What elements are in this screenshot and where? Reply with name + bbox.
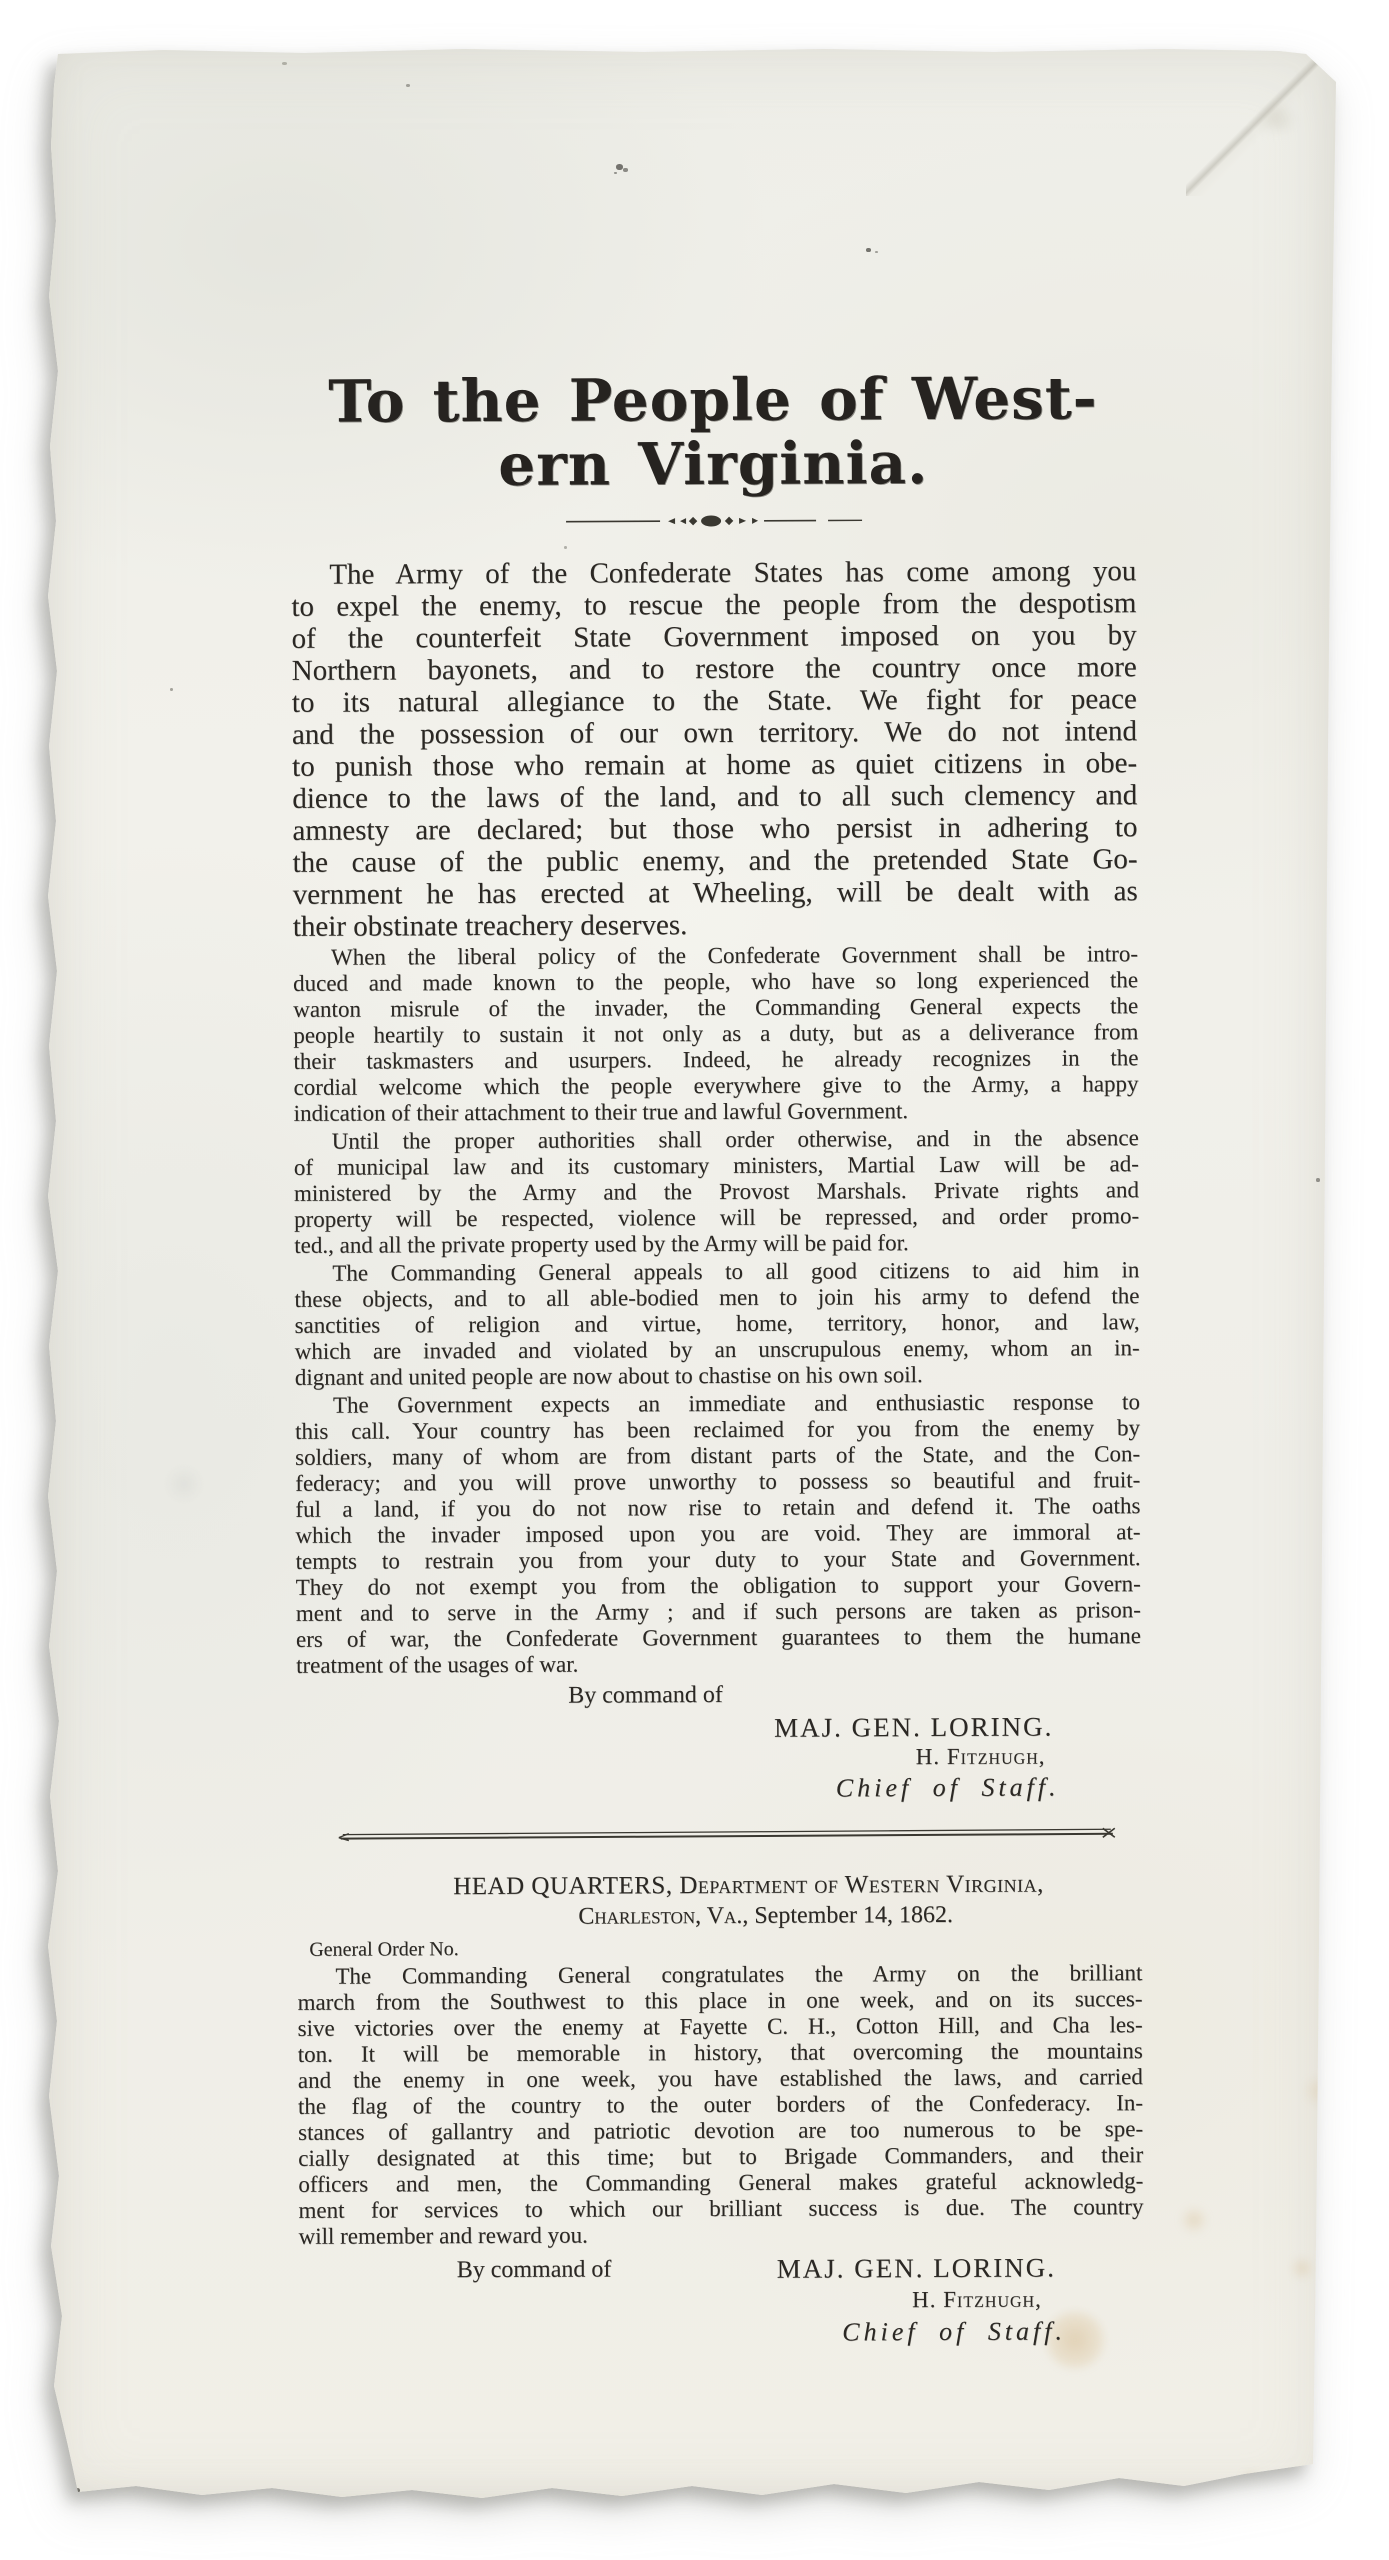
smudge-mark (1254, 106, 1300, 132)
signature-general-name: MAJ. GEN. LORING. (296, 1711, 1141, 1745)
broadside-paper: To the People of West- ern Virginia. (44, 46, 1336, 2516)
signature-general-name: MAJ. GEN. LORING. (777, 2253, 1056, 2284)
text-line: to its natural allegiance to the State. … (292, 683, 1137, 719)
by-command-line: By command of (296, 1679, 1141, 1711)
text-line: They do not exempt you from the obligati… (296, 1571, 1141, 1601)
text-line: the cause of the public enemy, and the p… (292, 843, 1137, 879)
text-line: ful a land, if you do not now rise to re… (295, 1493, 1140, 1523)
smudge-mark (164, 1466, 204, 1502)
text-line: officers and men, the Commanding General… (298, 2168, 1143, 2198)
text-line: to punish those who remain at home as qu… (292, 747, 1137, 783)
dateline-place: Charleston, Va. (578, 1903, 742, 1930)
section-divider-rule (337, 1826, 1117, 1848)
text-line: to expel the enemy, to rescue the people… (291, 587, 1136, 623)
document-title: To the People of West- ern Virginia. (290, 366, 1136, 498)
text-line: duced and made known to the people, who … (293, 967, 1138, 997)
order-by-command-line: By command of MAJ. GEN. LORING. (299, 2252, 1144, 2286)
proclamation-paragraph-3: Until the proper authorities shall order… (294, 1125, 1140, 1259)
paper-speck (1316, 1178, 1320, 1182)
proclamation-paragraph-1: The Army of the Confederate States has c… (291, 555, 1138, 943)
text-line: and the possession of our own territory.… (292, 715, 1137, 751)
paper-speck (282, 62, 287, 65)
signature-aide-title: Chief of Staff. (299, 2316, 1144, 2350)
order-paragraph: The Commanding General congratulates the… (297, 1960, 1143, 2250)
foxing-stain (1179, 2206, 1209, 2234)
text-line: federacy; and you will prove unworthy to… (295, 1467, 1140, 1497)
text-line: property will be respected, violence wil… (294, 1203, 1139, 1233)
text-line: When the liberal policy of the Confedera… (293, 941, 1138, 971)
signature-aide-title: Chief of Staff. (297, 1772, 1142, 1806)
paper-sheet: To the People of West- ern Virginia. (44, 46, 1336, 2516)
text-line: vernment he has erected at Wheeling, wil… (293, 875, 1138, 911)
text-line: the flag of the country to the outer bor… (298, 2090, 1143, 2120)
text-line: The Commanding General appeals to all go… (294, 1257, 1139, 1287)
foxing-stain (1302, 2076, 1336, 2106)
dateline-date: , September 14, 1862. (742, 1902, 953, 1929)
text-line: The Army of the Confederate States has c… (291, 555, 1136, 591)
text-line: dience to the laws of the land, and to a… (292, 779, 1137, 815)
text-line: treatment of the usages of war. (296, 1649, 1141, 1679)
headquarters-lead: HEAD QUARTERS, (453, 1872, 679, 1900)
text-line: cially designated at this time; but to B… (298, 2142, 1143, 2172)
headquarters-line: HEAD QUARTERS, Department of Western Vir… (297, 1869, 1142, 1902)
text-line: ted., and all the private property used … (294, 1229, 1139, 1259)
paper-speck (170, 688, 173, 691)
text-line: The Government expects an immediate and … (295, 1389, 1140, 1419)
foxing-stain (1240, 2471, 1262, 2489)
ornament-divider (564, 511, 864, 533)
title-line-1: To the People of West- (290, 366, 1135, 434)
signature-aide-name: H. Fitzhugh, (299, 2286, 1144, 2316)
signature-aide-name: H. Fitzhugh, (296, 1743, 1141, 1773)
text-line: soldiers, many of whom are from distant … (295, 1441, 1140, 1471)
text-line: people heartily to sustain it not only a… (293, 1019, 1138, 1049)
by-command-text: By command of (457, 2254, 612, 2285)
proclamation-paragraph-2: When the liberal policy of the Confedera… (293, 941, 1139, 1127)
dateline: Charleston, Va., September 14, 1862. (297, 1900, 1142, 1932)
text-line: dignant and united people are now about … (295, 1361, 1140, 1391)
headquarters-department: Department of Western Virginia, (679, 1871, 1044, 1900)
text-line: cordial welcome which the people everywh… (293, 1071, 1138, 1101)
text-line: of municipal law and its customary minis… (294, 1151, 1139, 1181)
text-line: ment and to serve in the Army ; and if s… (296, 1597, 1141, 1627)
proclamation-paragraph-4: The Commanding General appeals to all go… (294, 1257, 1140, 1391)
text-line: ment for services to which our brilliant… (298, 2194, 1143, 2224)
text-line: Until the proper authorities shall order… (294, 1125, 1139, 1155)
title-line-2: ern Virginia. (291, 430, 1136, 498)
foxing-stain (1289, 2256, 1315, 2280)
text-line: sive victories over the enemy at Fayette… (298, 2012, 1143, 2042)
text-line: which the invader imposed upon you are v… (295, 1519, 1140, 1549)
general-order-number: General Order No. (297, 1934, 1142, 1962)
text-line: Northern bayonets, and to restore the co… (292, 651, 1137, 687)
text-line: ers of war, the Confederate Government g… (296, 1623, 1141, 1653)
text-line: indication of their attachment to their … (294, 1097, 1139, 1127)
text-line: these objects, and to all able-bodied me… (294, 1283, 1139, 1313)
text-line: will remember and reward you. (298, 2220, 1143, 2250)
text-line: amnesty are declared; but those who pers… (292, 811, 1137, 847)
text-line: and the enemy in one week, you have esta… (298, 2064, 1143, 2094)
printed-text-column: To the People of West- ern Virginia. (289, 44, 1144, 2350)
text-line: The Commanding General congratulates the… (297, 1960, 1142, 1990)
text-line: which are invaded and violated by an uns… (295, 1335, 1140, 1365)
text-line: sanctities of religion and virtue, home,… (295, 1309, 1140, 1339)
text-line: wanton misrule of the invader, the Comma… (293, 993, 1138, 1023)
text-line: stances of gallantry and patriotic devot… (298, 2116, 1143, 2146)
text-line: ministered by the Army and the Provost M… (294, 1177, 1139, 1207)
paper-speck (74, 2488, 80, 2493)
text-line: their obstinate treachery deserves. (293, 907, 1138, 943)
text-line: their taskmasters and usurpers. Indeed, … (293, 1045, 1138, 1075)
text-line: this call. Your country has been reclaim… (295, 1415, 1140, 1445)
text-line: ton. It will be memorable in history, th… (298, 2038, 1143, 2068)
proclamation-paragraph-5: The Government expects an immediate and … (295, 1389, 1141, 1679)
text-line: march from the Southwest to this place i… (297, 1986, 1142, 2016)
text-line: tempts to restrain you from your duty to… (296, 1545, 1141, 1575)
text-line: of the counterfeit State Government impo… (292, 619, 1137, 655)
